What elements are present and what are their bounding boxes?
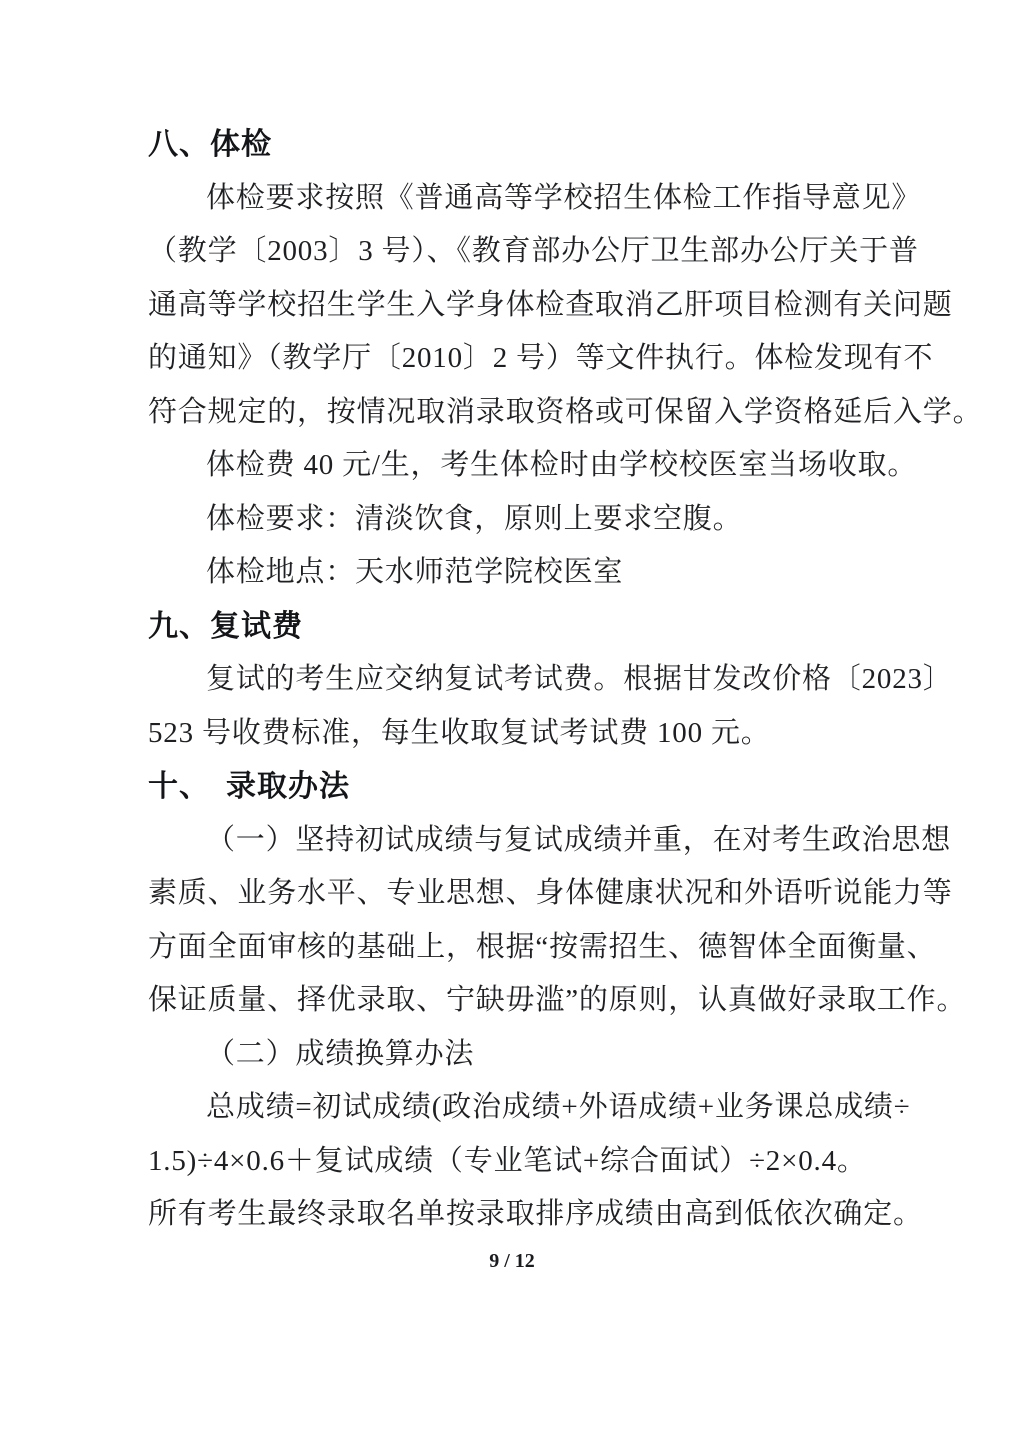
text-line: 523 号收费标准，每生收取复试考试费 100 元。 — [148, 707, 928, 761]
document-page: 八、体检 体检要求按照《普通高等学校招生体检工作指导意见》 （教学〔2003〕3… — [0, 0, 1024, 1448]
text-line: 体检费 40 元/生，考生体检时由学校校医室当场收取。 — [148, 439, 928, 493]
text-line: 总成绩=初试成绩(政治成绩+外语成绩+业务课总成绩÷ — [148, 1081, 928, 1135]
text-line: 所有考生最终录取名单按录取排序成绩由高到低依次确定。 — [148, 1188, 928, 1242]
text-line: 保证质量、择优录取、宁缺毋滥”的原则，认真做好录取工作。 — [148, 974, 928, 1028]
document-content: 八、体检 体检要求按照《普通高等学校招生体检工作指导意见》 （教学〔2003〕3… — [0, 0, 1024, 1242]
heading-section-8-physical-exam: 八、体检 — [148, 118, 928, 172]
text-line: 1.5)÷4×0.6＋复试成绩（专业笔试+综合面试）÷2×0.4。 — [148, 1135, 928, 1189]
text-line: 方面全面审核的基础上，根据“按需招生、德智体全面衡量、 — [148, 921, 928, 975]
text-line: 复试的考生应交纳复试考试费。根据甘发改价格〔2023〕 — [148, 653, 928, 707]
text-line: 素质、业务水平、专业思想、身体健康状况和外语听说能力等 — [148, 867, 928, 921]
text-line: 的通知》（教学厅〔2010〕2 号）等文件执行。体检发现有不 — [148, 332, 928, 386]
text-line: （一）坚持初试成绩与复试成绩并重，在对考生政治思想 — [148, 814, 928, 868]
text-line: 体检要求：清淡饮食，原则上要求空腹。 — [148, 493, 928, 547]
text-line: 体检要求按照《普通高等学校招生体检工作指导意见》 — [148, 172, 928, 226]
text-line: （二）成绩换算办法 — [148, 1028, 928, 1082]
page-number: 9 / 12 — [0, 1248, 1024, 1274]
text-line: 符合规定的，按情况取消录取资格或可保留入学资格延后入学。 — [148, 386, 928, 440]
text-line: （教学〔2003〕3 号）、《教育部办公厅卫生部办公厅关于普 — [148, 225, 928, 279]
heading-section-9-retest-fee: 九、复试费 — [148, 600, 928, 654]
text-line: 通高等学校招生学生入学身体检查取消乙肝项目检测有关问题 — [148, 279, 928, 333]
heading-section-10-admission-method: 十、 录取办法 — [148, 760, 928, 814]
text-line: 体检地点：天水师范学院校医室 — [148, 546, 928, 600]
